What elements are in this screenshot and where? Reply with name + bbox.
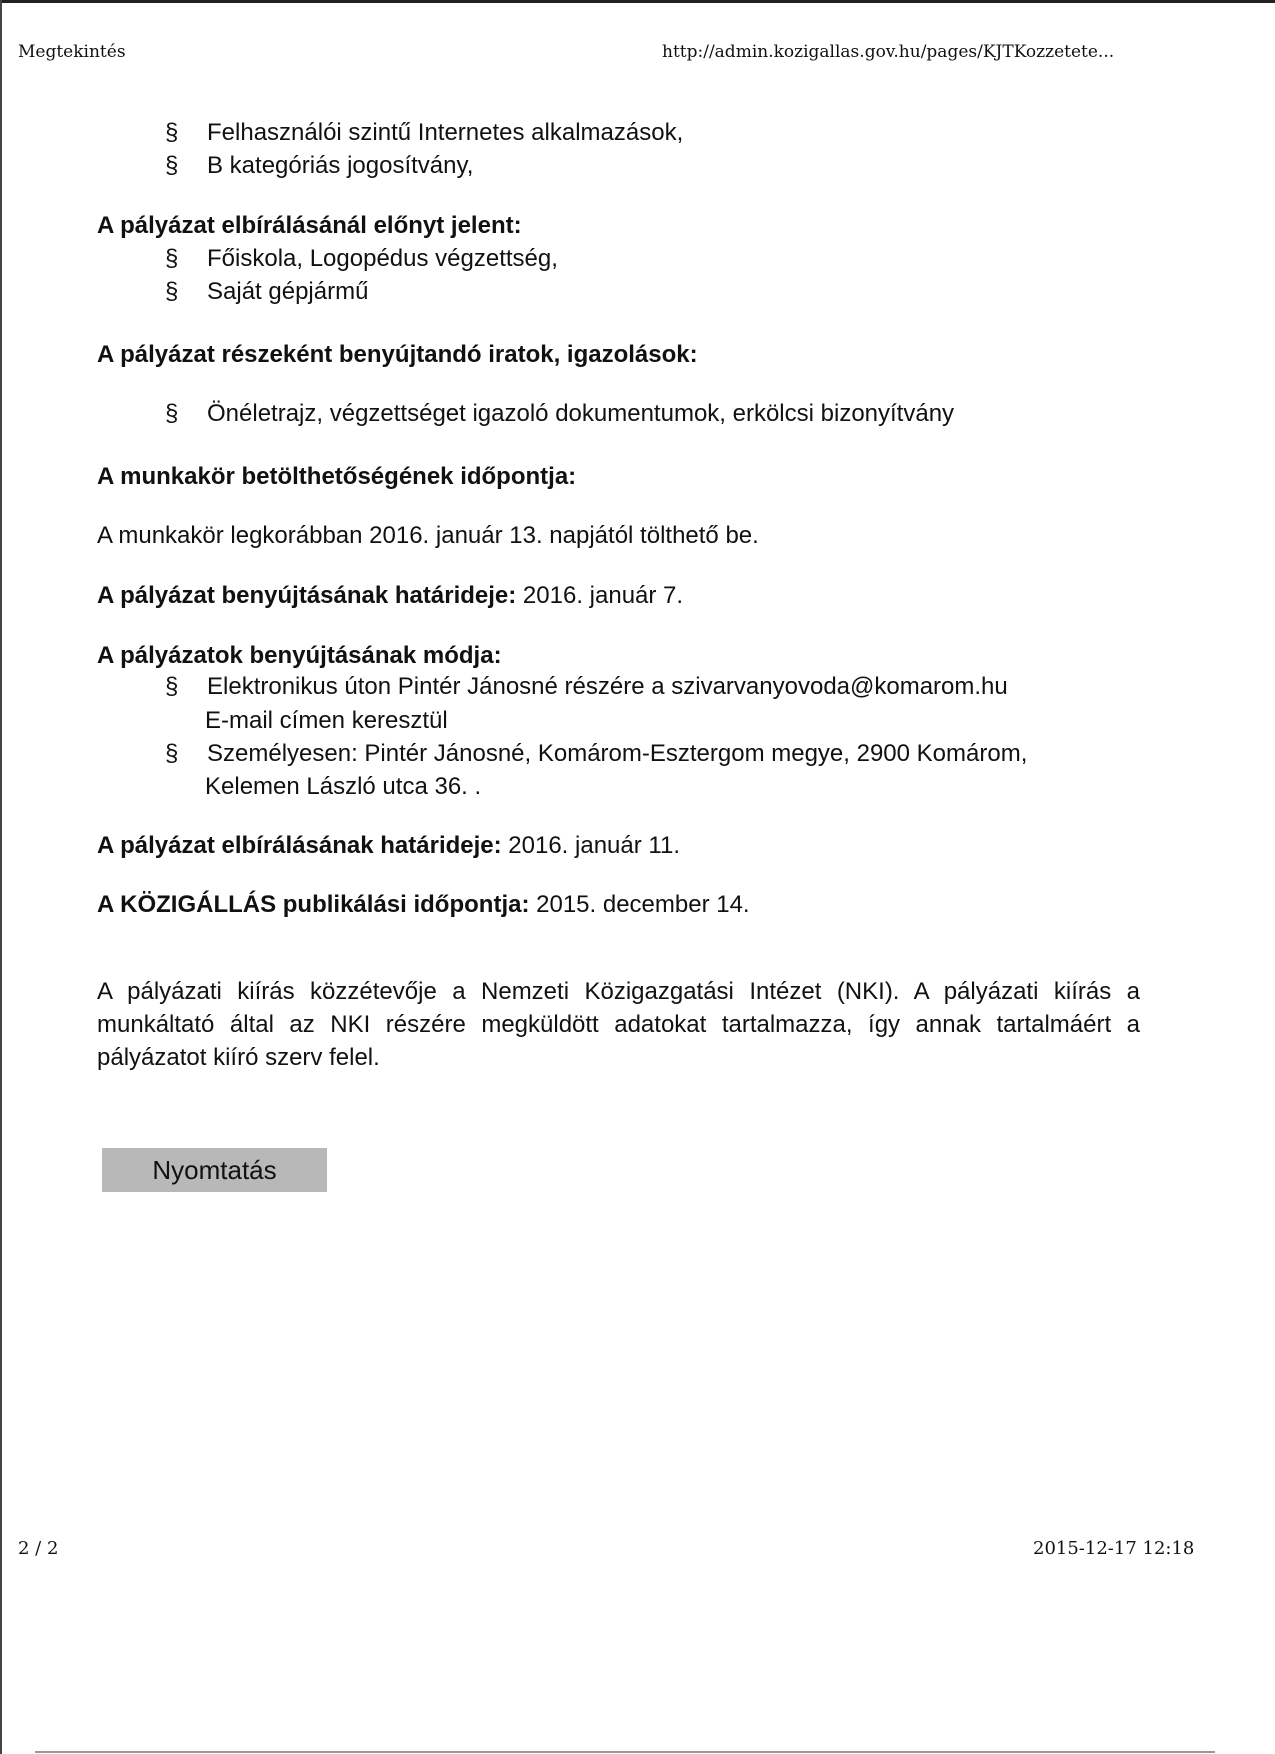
publication-date: A KÖZIGÁLLÁS publikálási időpontja: 2015… bbox=[97, 888, 750, 921]
advantage-heading: A pályázat elbírálásánál előnyt jelent: bbox=[97, 209, 522, 242]
section-bullet-icon: § bbox=[165, 275, 178, 308]
submission-deadline: A pályázat benyújtásának határideje: 201… bbox=[97, 579, 683, 612]
print-button[interactable]: Nyomtatás bbox=[102, 1148, 327, 1192]
evaluation-deadline: A pályázat elbírálásának határideje: 201… bbox=[97, 829, 680, 862]
start-date-text: A munkakör legkorábban 2016. január 13. … bbox=[97, 519, 759, 552]
submission-method-heading: A pályázatok benyújtásának módja: bbox=[97, 639, 502, 672]
list-item-continuation: Kelemen László utca 36. . bbox=[205, 770, 481, 803]
page-number: 2 / 2 bbox=[18, 1538, 58, 1559]
start-date-heading: A munkakör betölthetőségének időpontja: bbox=[97, 460, 576, 493]
scan-edge-left bbox=[0, 0, 2, 1754]
section-bullet-icon: § bbox=[165, 149, 178, 182]
print-timestamp: 2015-12-17 12:18 bbox=[1033, 1538, 1194, 1559]
scan-edge-bottom bbox=[35, 1751, 1215, 1753]
section-bullet-icon: § bbox=[165, 670, 178, 703]
scan-edge-top bbox=[0, 0, 1275, 3]
section-bullet-icon: § bbox=[165, 242, 178, 275]
section-bullet-icon: § bbox=[165, 737, 178, 770]
section-bullet-icon: § bbox=[165, 397, 178, 430]
disclaimer-paragraph: A pályázati kiírás közzétevője a Nemzeti… bbox=[97, 975, 1140, 1074]
section-bullet-icon: § bbox=[165, 116, 178, 149]
print-header-url: http://admin.kozigallas.gov.hu/pages/KJT… bbox=[662, 42, 1114, 62]
list-item-continuation: E-mail címen keresztül bbox=[205, 704, 448, 737]
documents-heading: A pályázat részeként benyújtandó iratok,… bbox=[97, 338, 698, 371]
print-header-title: Megtekintés bbox=[18, 42, 126, 62]
